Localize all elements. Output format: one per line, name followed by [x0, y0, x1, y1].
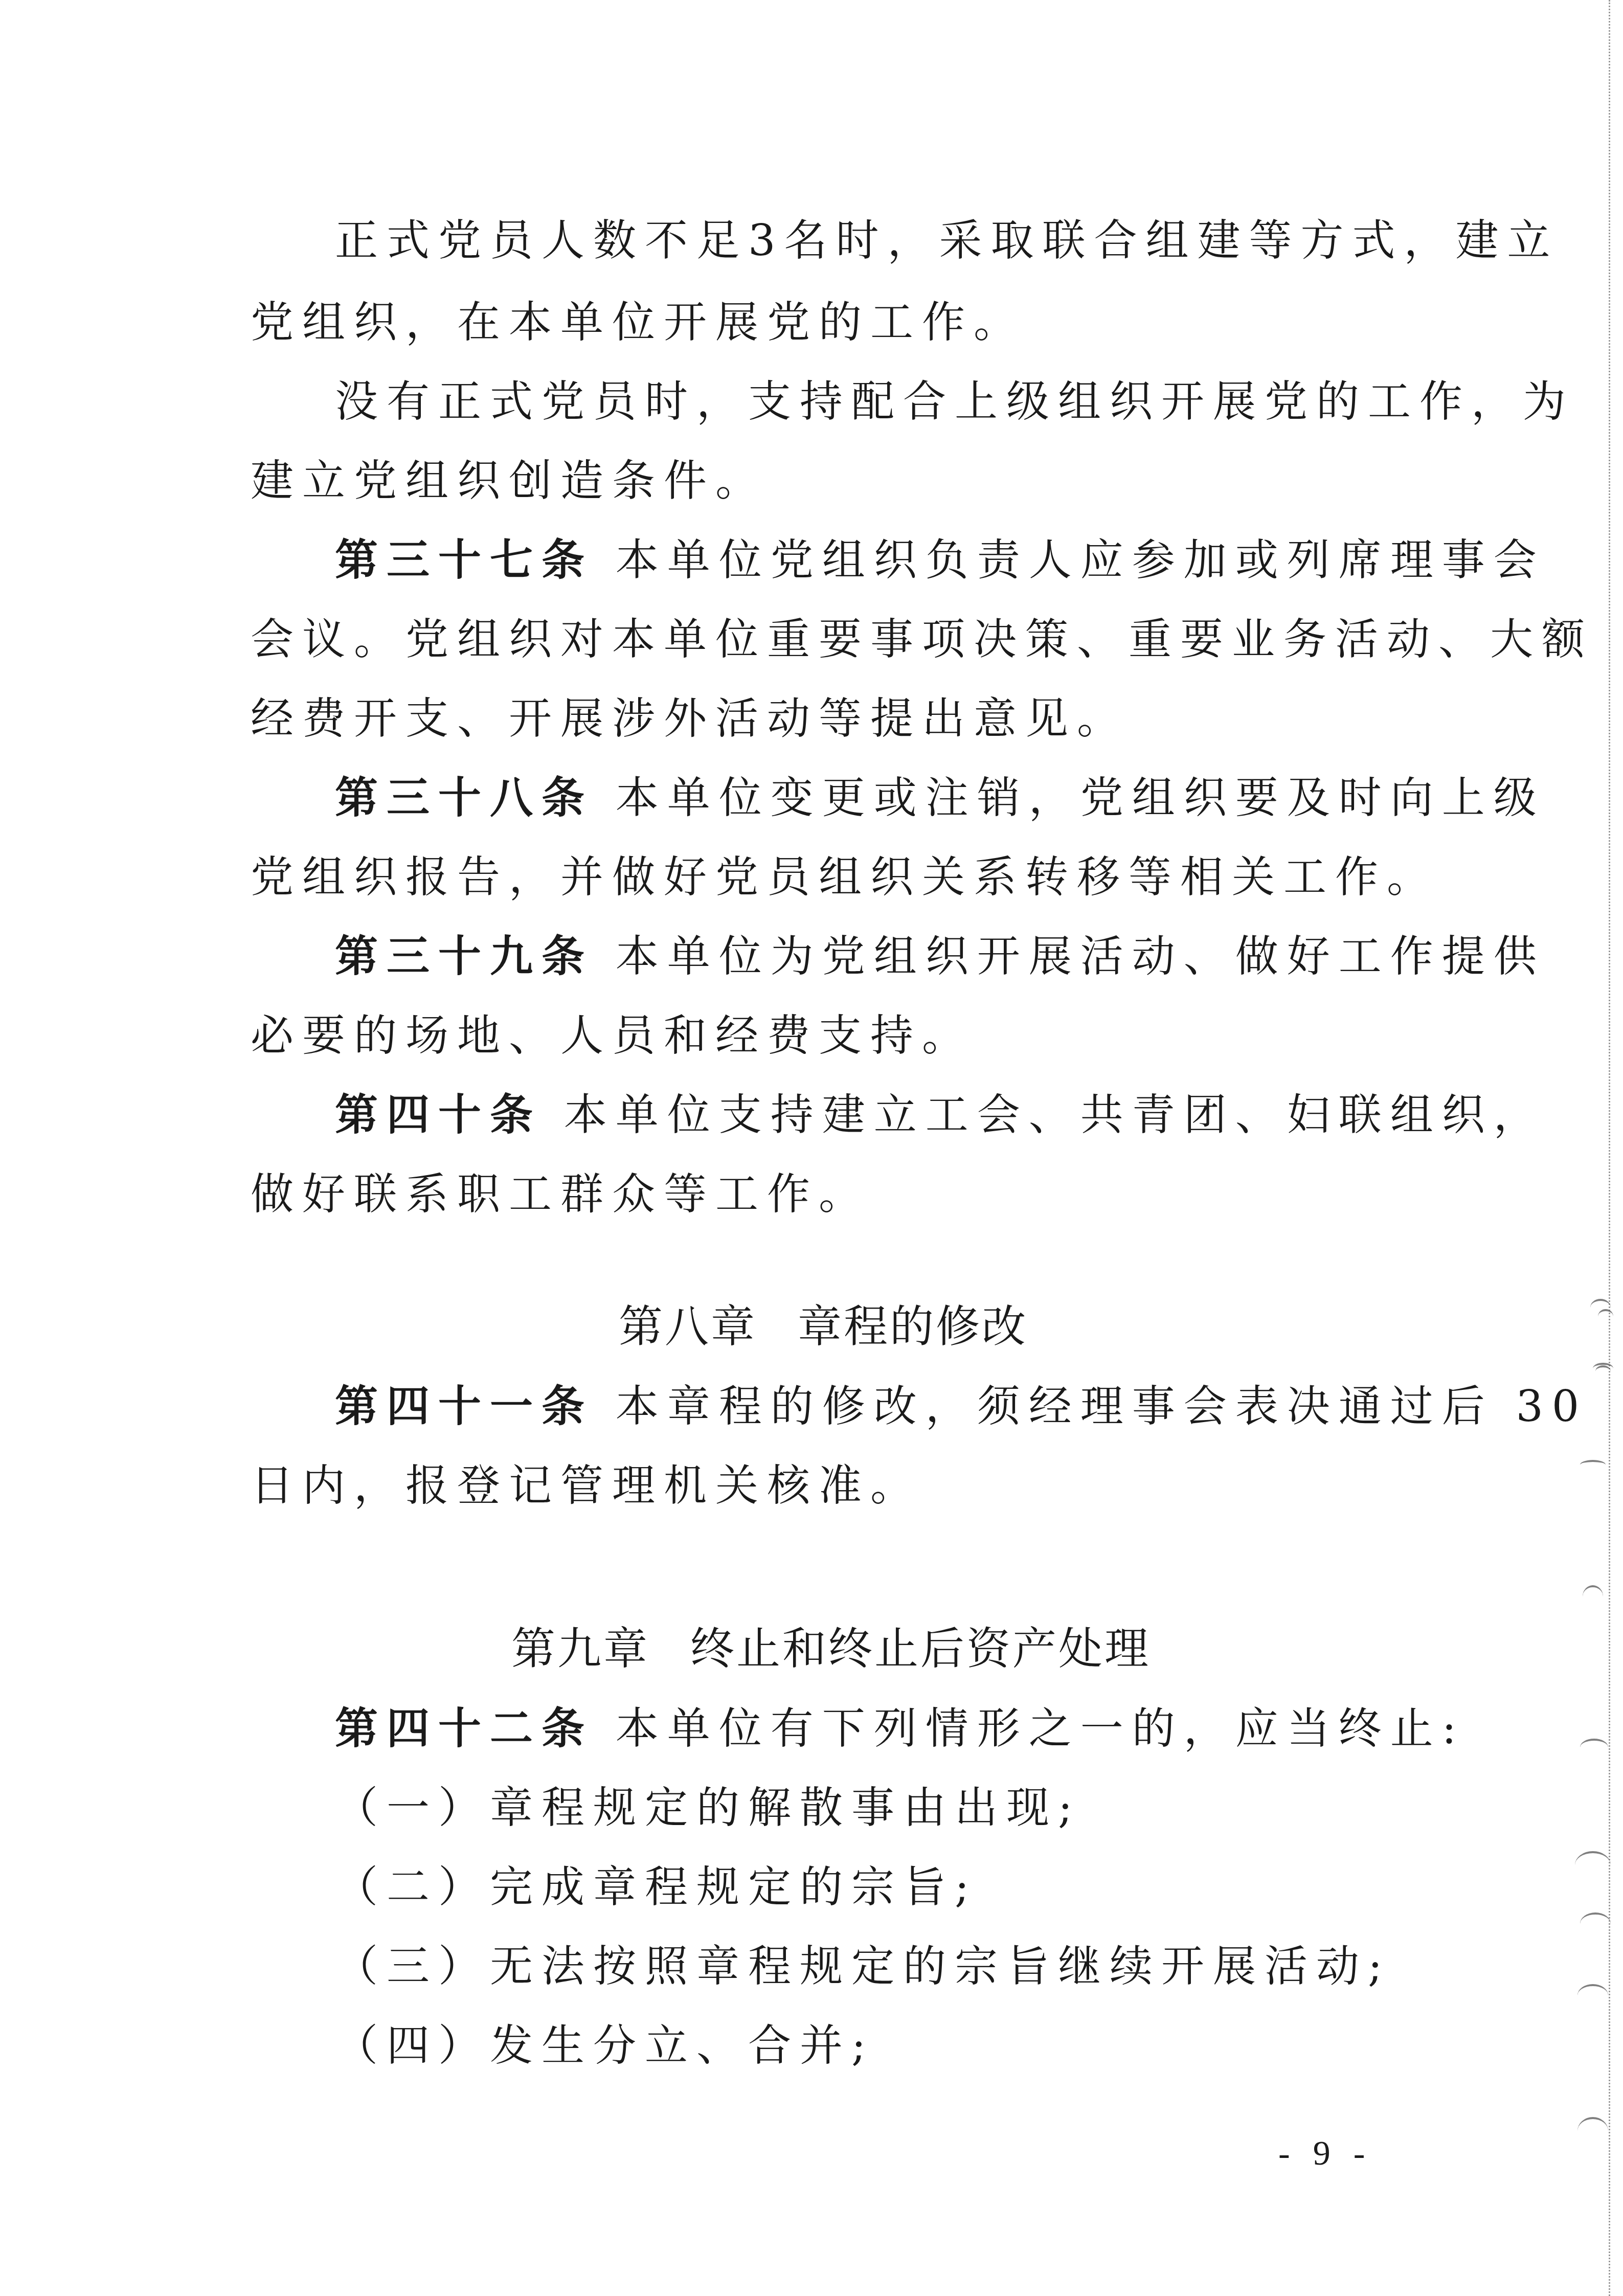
- paragraph-line: 日内，报登记管理机关核准。: [251, 1460, 922, 1511]
- chapter-8-heading: 第八章章程的修改: [619, 1301, 1028, 1353]
- article-41-line: 第四十一条 本章程的修改，须经理事会表决通过后 30: [335, 1381, 1588, 1432]
- article-number: 第四十二条: [335, 1703, 593, 1753]
- article-37-line: 第三十七条 本单位党组织负责人应参加或列席理事会: [335, 534, 1545, 586]
- article-text: 本单位为党组织开展活动、做好工作提供: [616, 931, 1545, 981]
- paragraph-line: 正式党员人数不足3名时，采取联合组建等方式，建立: [335, 215, 1559, 266]
- article-text: 本单位党组织负责人应参加或列席理事会: [616, 535, 1545, 585]
- article-text: 本单位变更或注销，党组织要及时向上级: [616, 773, 1545, 823]
- article-text: 本单位有下列情形之一的，应当终止:: [616, 1703, 1465, 1753]
- paragraph-line: 党组织，在本单位开展党的工作。: [251, 297, 1025, 348]
- list-item: （四）发生分立、合并;: [335, 2020, 874, 2071]
- article-number: 第四十一条: [335, 1381, 593, 1431]
- paragraph-line: 没有正式党员时，支持配合上级组织开展党的工作，为: [335, 376, 1574, 427]
- paragraph-line: 会议。党组织对本单位重要事项决策、重要业务活动、大额: [251, 614, 1593, 665]
- paragraph-line: 做好联系职工群众等工作。: [251, 1168, 870, 1220]
- document-page: 正式党员人数不足3名时，采取联合组建等方式，建立 党组织，在本单位开展党的工作。…: [0, 0, 1623, 2296]
- article-40-line: 第四十条 本单位支持建立工会、共青团、妇联组织，: [335, 1089, 1545, 1140]
- list-item: （三）无法按照章程规定的宗旨继续开展活动;: [335, 1941, 1391, 1992]
- article-42-line: 第四十二条 本单位有下列情形之一的，应当终止:: [335, 1703, 1465, 1754]
- article-38-line: 第三十八条 本单位变更或注销，党组织要及时向上级: [335, 772, 1545, 823]
- article-number: 第三十七条: [335, 534, 593, 585]
- chapter-9-heading: 第九章终止和终止后资产处理: [511, 1624, 1151, 1675]
- paragraph-line: 必要的场地、人员和经费支持。: [251, 1010, 974, 1061]
- chapter-number: 第八章: [619, 1301, 757, 1353]
- binding-edge: [1609, 0, 1610, 2296]
- list-item: （一）章程规定的解散事由出现;: [335, 1782, 1081, 1833]
- article-39-line: 第三十九条 本单位为党组织开展活动、做好工作提供: [335, 931, 1545, 982]
- paragraph-line: 建立党组织创造条件。: [251, 455, 767, 506]
- chapter-title: 章程的修改: [798, 1301, 1028, 1353]
- article-text: 本章程的修改，须经理事会表决通过后 30: [616, 1381, 1588, 1431]
- paragraph-line: 经费开支、开展涉外活动等提出意见。: [251, 693, 1129, 744]
- article-number: 第四十条: [335, 1089, 542, 1140]
- article-text: 本单位支持建立工会、共青团、妇联组织，: [564, 1090, 1545, 1140]
- list-item: （二）完成章程规定的宗旨;: [335, 1861, 978, 1912]
- paragraph-line: 党组织报告，并做好党员组织关系转移等相关工作。: [251, 851, 1438, 903]
- article-number: 第三十九条: [335, 931, 593, 981]
- article-number: 第三十八条: [335, 772, 593, 823]
- chapter-number: 第九章: [511, 1624, 649, 1675]
- chapter-title: 终止和终止后资产处理: [690, 1624, 1151, 1675]
- page-number: - 9 -: [1278, 2132, 1372, 2173]
